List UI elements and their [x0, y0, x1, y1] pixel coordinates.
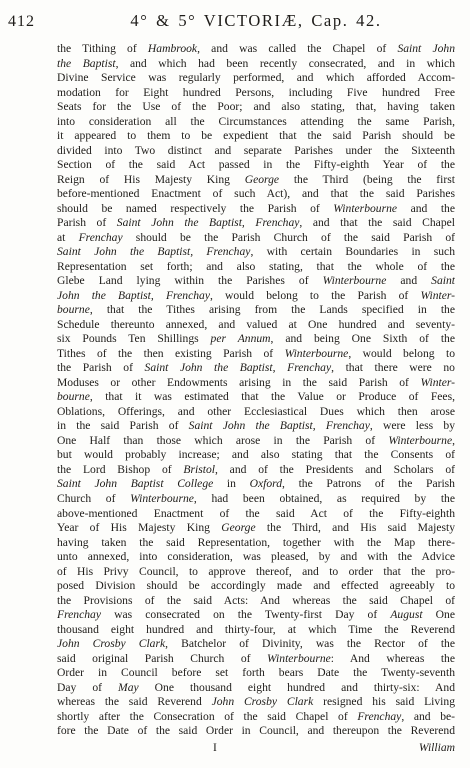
text-line: into consideration all the Circumstances… — [57, 115, 455, 130]
text-line: it appeared to them to be expedient that… — [57, 129, 455, 144]
page-title: 4° & 5° VICTORIÆ, Cap. 42. — [57, 11, 455, 31]
text-line: above-mentioned Enactment of the said Ac… — [57, 507, 455, 522]
body-text: the Tithing of Hambrook, and was called … — [57, 42, 455, 739]
text-line: Parish of Saint John the Baptist, French… — [57, 216, 455, 231]
page-number: 412 — [8, 13, 35, 31]
page-footer: I William — [57, 741, 455, 757]
text-line: Year of His Majesty King George the Thir… — [57, 521, 455, 536]
text-line: unto annexed, into consideration, was pl… — [57, 550, 455, 565]
text-line: having taken the said Representation, to… — [57, 536, 455, 551]
text-line: Oblations, Offerings, and other Ecclesia… — [57, 405, 455, 420]
text-line: John Crosby Clark, Batchelor of Divinity… — [57, 637, 455, 652]
text-line: Reign of His Majesty King George the Thi… — [57, 173, 455, 188]
text-line: in the said Parish of Saint John the Bap… — [57, 419, 455, 434]
text-line: thousand eight hundred and thirty-four, … — [57, 623, 455, 638]
text-line: Section of the said Act passed in the Fi… — [57, 158, 455, 173]
text-line: Tithes of the then existing Parish of Wi… — [57, 347, 455, 362]
text-line: the Lord Bishop of Bristol, and of the P… — [57, 463, 455, 478]
text-line: six Pounds Ten Shillings per Annum, and … — [57, 332, 455, 347]
text-line: Order in Council before set forth bears … — [57, 666, 455, 681]
text-line: Moduses or other Endowments arising in t… — [57, 376, 455, 391]
text-line: bourne, that the Tithes arising from the… — [57, 303, 455, 318]
text-line: One Half than those which arose in the P… — [57, 434, 455, 449]
text-line: Glebe Land lying within the Parishes of … — [57, 274, 455, 289]
text-line: Seats for the Use of the Poor; and also … — [57, 100, 455, 115]
text-line: said original Parish Church of Winterbou… — [57, 652, 455, 667]
text-line: Representation set forth; and also stati… — [57, 260, 455, 275]
text-line: Church of Winterbourne, had been obtaine… — [57, 492, 455, 507]
text-line: should be named respectively the Parish … — [57, 202, 455, 217]
running-head: 412 4° & 5° VICTORIÆ, Cap. 42. — [0, 11, 470, 37]
text-line: Saint John the Baptist, Frenchay, with c… — [57, 245, 455, 260]
text-line: of His Privy Council, to approve thereof… — [57, 565, 455, 580]
text-line: Schedule thereunto annexed, and valued a… — [57, 318, 455, 333]
text-line: at Frenchay should be the Parish Church … — [57, 231, 455, 246]
text-line: Divine Service was regularly performed, … — [57, 71, 455, 86]
text-line: the Parish of Saint John the Baptist, Fr… — [57, 361, 455, 376]
text-line: posed Division should be accordingly mad… — [57, 579, 455, 594]
text-line: Day of May One thousand eight hundred an… — [57, 681, 455, 696]
text-line: the Provisions of the said Acts: And whe… — [57, 594, 455, 609]
text-line: the Tithing of Hambrook, and was called … — [57, 42, 455, 57]
text-line: the Baptist, and which had been recently… — [57, 57, 455, 72]
text-line: Frenchay was consecrated on the Twenty-f… — [57, 608, 455, 623]
scanned-book-page: 412 4° & 5° VICTORIÆ, Cap. 42. the Tithi… — [0, 0, 470, 768]
catchword: William — [419, 741, 455, 754]
text-line: modation for Eight hundred Persons, incl… — [57, 86, 455, 101]
text-line: fore the Date of the said Order in Counc… — [57, 724, 455, 739]
text-line: divided into Two distinct and separate P… — [57, 144, 455, 159]
text-line: John the Baptist, Frenchay, would belong… — [57, 289, 455, 304]
text-line: shortly after the Consecration of the sa… — [57, 710, 455, 725]
text-line: Saint John Baptist College in Oxford, th… — [57, 477, 455, 492]
text-line: but would probably increase; and also st… — [57, 448, 455, 463]
text-line: before-mentioned Enactment of such Act),… — [57, 187, 455, 202]
text-line: whereas the said Reverend John Crosby Cl… — [57, 695, 455, 710]
signature-mark: I — [213, 741, 217, 754]
text-line: bourne, that it was estimated that the V… — [57, 390, 455, 405]
